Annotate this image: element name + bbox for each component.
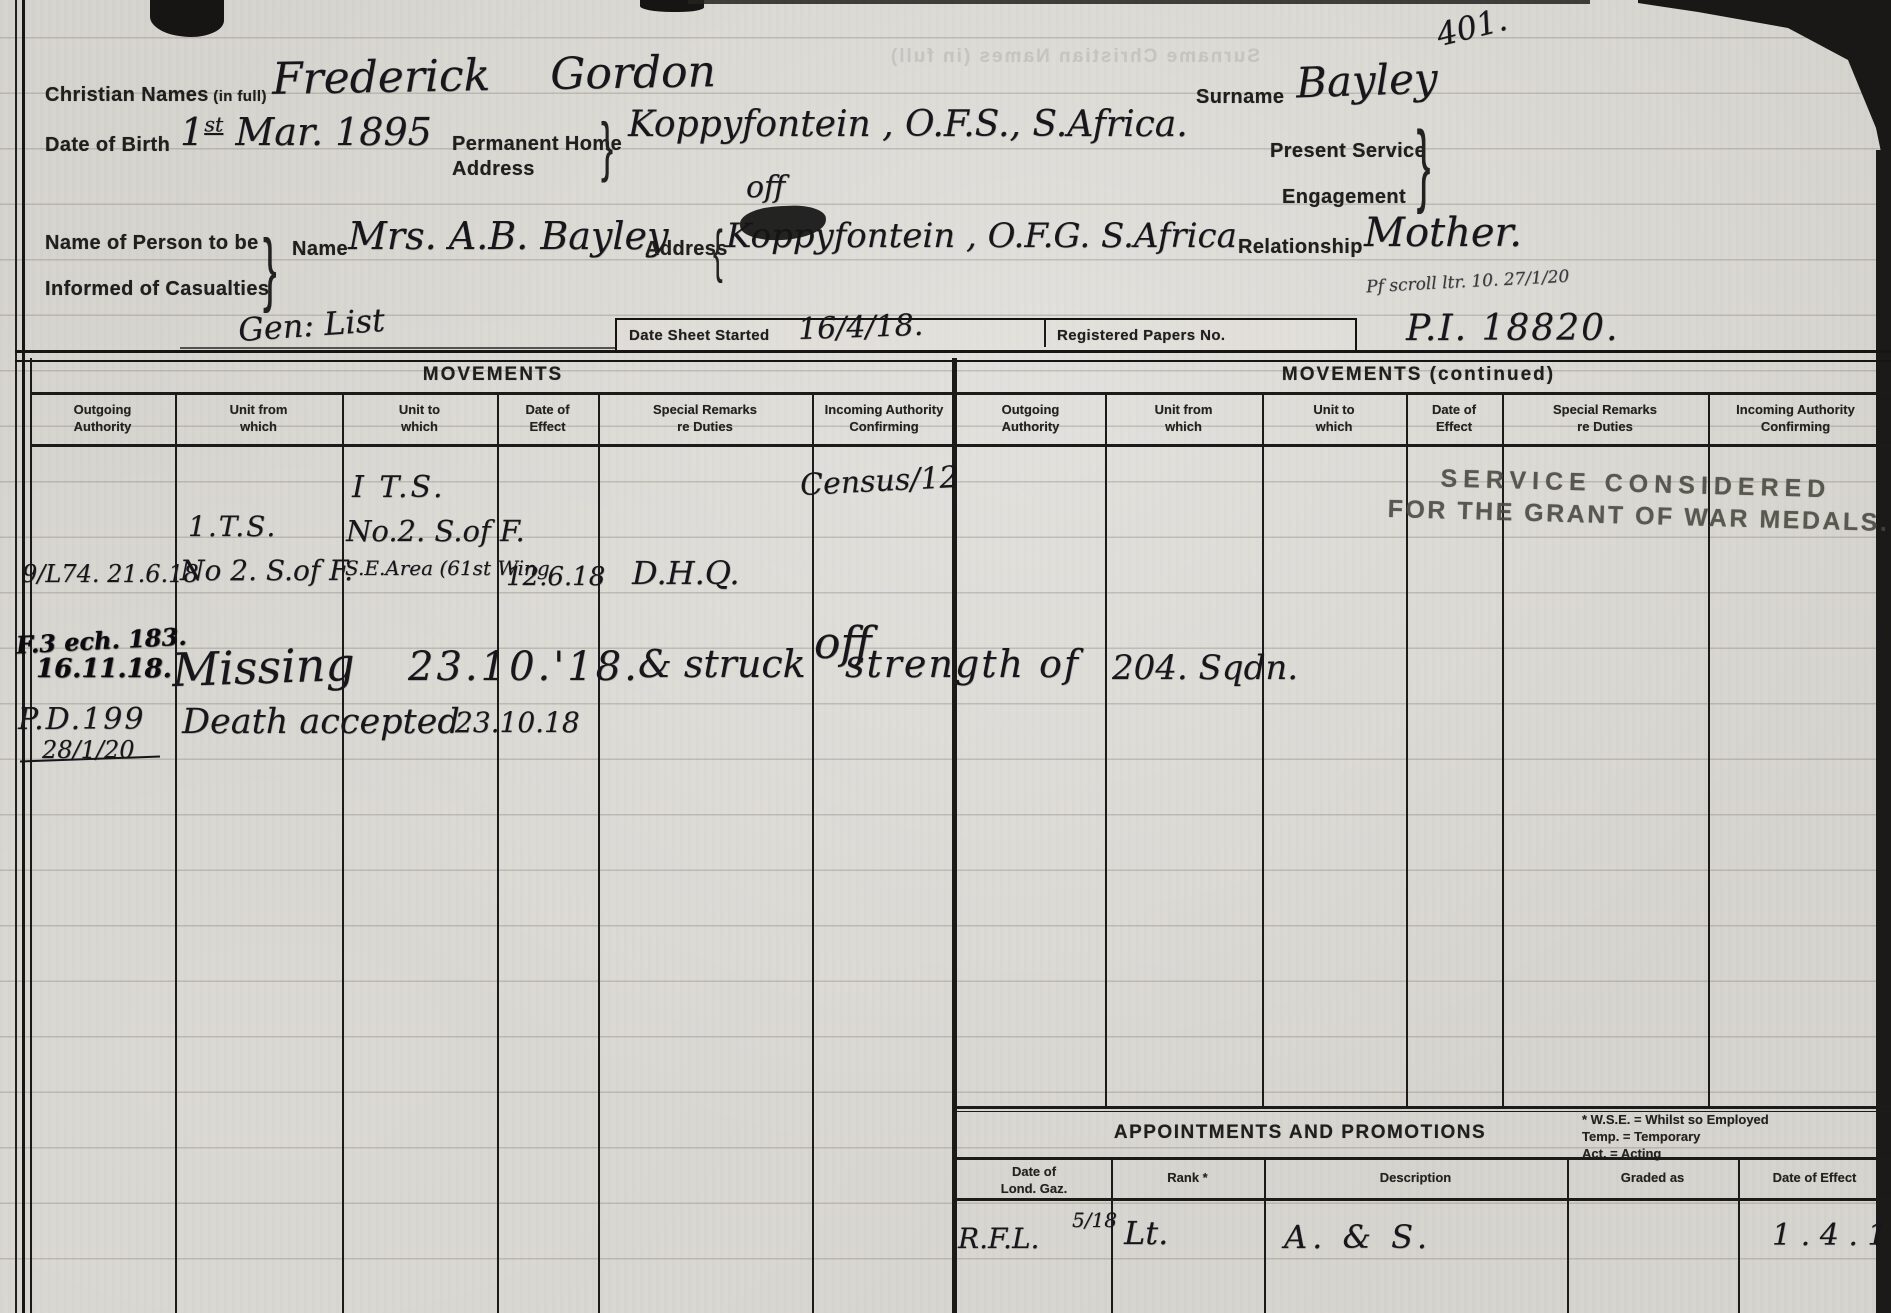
service-bracket: } bbox=[1417, 112, 1431, 217]
person-label-line2: Informed of Casualties bbox=[45, 278, 269, 301]
movements-left-header-rule bbox=[30, 444, 956, 447]
relationship-note: Pf scroll ltr. 10. 27/1/20 bbox=[1366, 267, 1570, 298]
movements2-col-date: Date of Effect bbox=[1406, 402, 1502, 436]
top-edge-blob bbox=[150, 0, 224, 37]
mvl-divider-5 bbox=[812, 395, 814, 1313]
appointments-top-rule bbox=[957, 1106, 1891, 1109]
mvl-divider-4 bbox=[598, 395, 600, 1313]
relationship-label: Relationship bbox=[1238, 236, 1363, 259]
relationship-value: Mother. bbox=[1364, 210, 1522, 256]
mv-row1-unit-from: No 2. S.of F. bbox=[180, 554, 353, 587]
movements-left-title-rule bbox=[30, 392, 956, 395]
christian-names-row: Christian Names (in full) bbox=[45, 84, 267, 107]
corner-number: 401. bbox=[1432, 0, 1510, 54]
mv-row3-outgoing1: P.D.199 bbox=[18, 702, 145, 737]
movements-right-title-rule bbox=[956, 392, 1891, 395]
movements2-col-remarks: Special Remarks re Duties bbox=[1502, 402, 1708, 436]
movements2-col-unit-from: Unit from which bbox=[1105, 402, 1262, 436]
mv-row1-outgoing: 9/L74. 21.6.18 bbox=[22, 560, 199, 588]
mv-unit-from-line1: 1.T.S. bbox=[188, 510, 277, 543]
movements-col-remarks: Special Remarks re Duties bbox=[598, 402, 812, 436]
mv-row2-outgoing2: 16.11.18. bbox=[36, 654, 172, 684]
appt-divider-1 bbox=[1111, 1160, 1113, 1313]
appt-col-date-effect: Date of Effect bbox=[1738, 1170, 1891, 1187]
appointments-title-rule bbox=[957, 1157, 1891, 1160]
gen-list-note: Gen: List bbox=[237, 301, 386, 349]
date-sheet-box-divider bbox=[1044, 320, 1046, 347]
surname-label: Surname bbox=[1196, 86, 1284, 109]
gen-list-underline bbox=[180, 347, 615, 349]
appt-divider-2 bbox=[1264, 1160, 1266, 1313]
appointments-header-rule bbox=[957, 1198, 1891, 1201]
mv-unit-to-line2: No.2. S.of F. bbox=[346, 514, 525, 548]
movements-col-date: Date of Effect bbox=[497, 402, 598, 436]
appt-divider-3 bbox=[1567, 1160, 1569, 1313]
address-brace: { bbox=[713, 218, 723, 285]
show-through-text: Surname Christian Names (in full) bbox=[700, 46, 1260, 68]
date-sheet-box: Date Sheet Started Registered Papers No. bbox=[615, 318, 1357, 353]
mv-row3-date: 23.10.18 bbox=[455, 706, 580, 739]
appt-col-description: Description bbox=[1264, 1170, 1567, 1187]
mv-row2-missing: Missing bbox=[171, 637, 356, 697]
movements-continued-title: MOVEMENTS (continued) bbox=[956, 364, 1881, 386]
appt-col-graded: Graded as bbox=[1567, 1170, 1738, 1187]
dob-ordinal: st bbox=[204, 112, 223, 136]
mv-row2-struck: & struck bbox=[638, 642, 806, 686]
registered-papers-label: Registered Papers No. bbox=[1057, 327, 1225, 344]
appt-row-gazette: R.F.L. bbox=[958, 1222, 1039, 1255]
present-service-label: Present Service bbox=[1270, 140, 1426, 163]
appt-col-gazette: Date of Lond. Gaz. bbox=[957, 1164, 1111, 1198]
christian-names-label: Christian Names bbox=[45, 84, 209, 106]
movements-col-unit-to: Unit to which bbox=[342, 402, 497, 436]
mvr-divider-2 bbox=[1262, 395, 1264, 1106]
appt-col-rank: Rank * bbox=[1111, 1170, 1264, 1187]
appt-divider-4 bbox=[1738, 1160, 1740, 1313]
name-value: Mrs. A.B. Bayley bbox=[348, 214, 669, 258]
home-address-label: Permanent Home Address bbox=[452, 132, 622, 182]
appt-row-description: A. & S. bbox=[1284, 1218, 1432, 1256]
appointments-footnote: * W.S.E. = Whilst so Employed Temp. = Te… bbox=[1582, 1112, 1882, 1163]
top-edge-strip bbox=[688, 0, 1590, 4]
appt-row-date-effect: 1 . 4 . 1 bbox=[1772, 1218, 1886, 1253]
mv-row2-strength: strength of bbox=[845, 642, 1080, 686]
movements-right-header-rule bbox=[956, 444, 1891, 447]
movements-col-incoming: Incoming Authority Confirming bbox=[812, 402, 956, 436]
document-page: Surname Christian Names (in full) 401. C… bbox=[0, 0, 1891, 1313]
movements2-col-unit-to: Unit to which bbox=[1262, 402, 1406, 436]
mvr-divider-1 bbox=[1105, 395, 1107, 1106]
mv-row2-sqdn: 204. Sqdn. bbox=[1112, 648, 1298, 688]
mv-row3-death: Death accepted bbox=[182, 702, 460, 742]
mvl-divider-1 bbox=[175, 395, 177, 1313]
movements-col-unit-from: Unit from which bbox=[175, 402, 342, 436]
christian-names-value: Frederick Gordon bbox=[272, 46, 717, 105]
appt-row-gazette-sup: 5/18 bbox=[1072, 1208, 1117, 1232]
home-address-brace: } bbox=[601, 108, 613, 184]
mvl-divider-2 bbox=[342, 395, 344, 1313]
movements-title: MOVEMENTS bbox=[30, 364, 956, 386]
home-address-value: Koppyfontein , O.F.S., S.Africa. bbox=[628, 104, 1188, 145]
war-medals-stamp: SERVICE CONSIDERED FOR THE GRANT OF WAR … bbox=[1387, 463, 1890, 538]
torn-corner bbox=[1580, 0, 1891, 200]
dob-day: 1 bbox=[180, 110, 204, 154]
address-insert-off: off bbox=[746, 170, 785, 205]
movements-col-outgoing: Outgoing Authority bbox=[30, 402, 175, 436]
mv-row1-date: 12.6.18 bbox=[506, 562, 605, 592]
person-label-line1: Name of Person to be bbox=[45, 232, 259, 255]
movements2-col-outgoing: Outgoing Authority bbox=[956, 402, 1105, 436]
pi-number: P.I. 18820. bbox=[1406, 308, 1619, 349]
person-brace: } bbox=[263, 222, 277, 316]
dob-label: Date of Birth bbox=[45, 134, 170, 157]
movements2-col-incoming: Incoming Authority Confirming bbox=[1708, 402, 1883, 436]
surname-value: Bayley bbox=[1295, 54, 1438, 108]
date-sheet-label: Date Sheet Started bbox=[629, 327, 770, 344]
mv-row1-remarks: D.H.Q. bbox=[632, 554, 740, 592]
appt-row-rank: Lt. bbox=[1124, 1214, 1168, 1252]
date-sheet-value: 16/4/18. bbox=[797, 308, 923, 347]
name-label: Name bbox=[292, 238, 348, 261]
appointments-title: APPOINTMENTS AND PROMOTIONS bbox=[990, 1122, 1610, 1144]
mv-row2-date: 23.10.'18. bbox=[408, 644, 640, 690]
mv-unit-to-line1: I T.S. bbox=[352, 470, 446, 505]
engagement-label: Engagement bbox=[1282, 186, 1406, 209]
dob-rest: Mar. 1895 bbox=[223, 110, 432, 154]
dob-value: 1st Mar. 1895 bbox=[180, 110, 432, 154]
christian-names-infull: (in full) bbox=[213, 88, 267, 105]
